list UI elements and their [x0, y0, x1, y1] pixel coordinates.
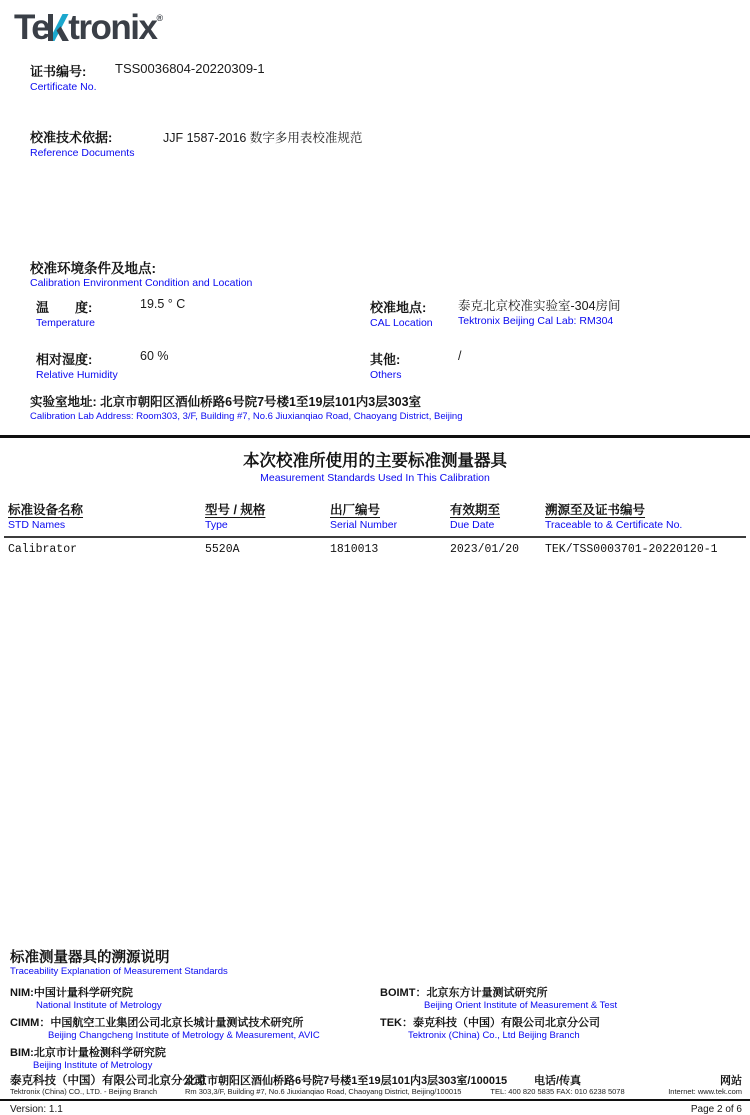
trace-nim-cn: NIM:中国计量科学研究院: [10, 984, 133, 1000]
footer-web-cn: 网站: [720, 1072, 742, 1088]
col-header-type-en: Type: [205, 519, 228, 531]
standards-title-cn: 本次校准所使用的主要标准测量器具: [0, 447, 750, 471]
traceability-title-cn: 标准测量器具的溯源说明: [10, 946, 170, 967]
cal-location-value-en: Tektronix Beijing Cal Lab: RM304: [458, 315, 613, 327]
trace-tek-cn: TEK：泰克科技（中国）有限公司北京分公司: [380, 1014, 600, 1030]
logo-text-tronix: tronix: [68, 8, 156, 47]
row-traceable: TEK/TSS0003701-20220120-1: [545, 543, 718, 556]
certificate-no-label-cn: 证书编号:: [30, 61, 86, 80]
row-serial: 1810013: [330, 543, 378, 556]
row-due-date: 2023/01/20: [450, 543, 519, 556]
certificate-no-label-en: Certificate No.: [30, 81, 97, 93]
col-header-traceable-en: Traceable to & Certificate No.: [545, 519, 682, 531]
col-header-serial-cn: 出厂编号: [330, 500, 380, 518]
tek-k-slash-icon: [48, 14, 69, 41]
temperature-label-cn: 温 度:: [36, 297, 92, 316]
trace-bim-cn: BIM:北京市计量检测科学研究院: [10, 1044, 166, 1060]
footer-address-cn: 北京市朝阳区酒仙桥路6号院7号楼1至19层101内3层303室/100015: [185, 1072, 507, 1088]
lab-address-en: Calibration Lab Address: Room303, 3/F, B…: [30, 411, 463, 422]
col-header-traceable-cn: 溯源至及证书编号: [545, 500, 645, 518]
cal-location-label-en: CAL Location: [370, 317, 433, 329]
col-header-type-cn: 型号 / 规格: [205, 500, 265, 518]
row-type: 5520A: [205, 543, 240, 556]
registered-mark: ®: [156, 13, 163, 23]
trace-nim-en: National Institute of Metrology: [36, 1000, 162, 1011]
certificate-no-value: TSS0036804-20220309-1: [115, 61, 265, 76]
footer-company-en: Tektronix (China) CO., LTD. - Beijing Br…: [10, 1087, 157, 1096]
col-header-due-date-en: Due Date: [450, 519, 494, 531]
reference-docs-value: JJF 1587-2016 数字多用表校准规范: [163, 128, 362, 146]
trace-cimm-cn: CIMM：中国航空工业集团公司北京长城计量测试技术研究所: [10, 1014, 303, 1030]
footer-phone-cn: 电话/传真: [495, 1072, 620, 1088]
row-std-name: Calibrator: [8, 543, 77, 556]
footer-version: Version: 1.1: [10, 1104, 63, 1115]
environment-title-cn: 校准环境条件及地点:: [30, 257, 156, 277]
others-label-cn: 其他:: [370, 349, 400, 368]
footer-address-en: Rm 303,3/F, Building #7, No.6 Jiuxianqia…: [185, 1087, 461, 1096]
humidity-label-en: Relative Humidity: [36, 369, 118, 381]
reference-docs-label-en: Reference Documents: [30, 147, 134, 159]
trace-bim-en: Beijing Institute of Metrology: [33, 1060, 152, 1071]
col-header-std-names-cn: 标准设备名称: [8, 500, 83, 518]
footer-page-number: Page 2 of 6: [691, 1104, 742, 1115]
trace-tek-en: Tektronix (China) Co., Ltd Beijing Branc…: [408, 1030, 580, 1041]
others-label-en: Others: [370, 369, 402, 381]
trace-cimm-en: Beijing Changcheng Institute of Metrolog…: [48, 1030, 320, 1041]
lab-address-cn: 实验室地址: 北京市朝阳区酒仙桥路6号院7号楼1至19层101内3层303室: [30, 392, 421, 410]
standards-title-en: Measurement Standards Used In This Calib…: [0, 472, 750, 484]
temperature-value: 19.5 ° C: [140, 297, 185, 311]
temperature-label-en: Temperature: [36, 317, 95, 329]
footer-web-en: Internet: www.tek.com: [668, 1087, 742, 1096]
reference-docs-label-cn: 校准技术依据:: [30, 127, 112, 146]
col-header-serial-en: Serial Number: [330, 519, 397, 531]
col-header-std-names-en: STD Names: [8, 519, 65, 531]
others-value: /: [458, 349, 461, 363]
section-divider: [0, 435, 750, 438]
environment-title-en: Calibration Environment Condition and Lo…: [30, 277, 252, 289]
cal-location-label-cn: 校准地点:: [370, 297, 426, 316]
footer-company-cn: 泰克科技（中国）有限公司北京分公司: [10, 1072, 206, 1088]
traceability-title-en: Traceability Explanation of Measurement …: [10, 966, 228, 977]
cal-location-value-cn: 泰克北京校准实验室-304房间: [458, 296, 621, 314]
trace-boimt-en: Beijing Orient Institute of Measurement …: [424, 1000, 617, 1011]
humidity-label-cn: 相对湿度:: [36, 349, 92, 368]
table-header-rule: [4, 536, 746, 538]
footer-divider: [0, 1099, 750, 1101]
logo-text-te: Te: [14, 8, 49, 47]
calibration-certificate-page: Tetronix® 证书编号: TSS0036804-20220309-1 Ce…: [0, 0, 750, 1115]
tektronix-logo: Tetronix®: [14, 8, 163, 50]
col-header-due-date-cn: 有效期至: [450, 500, 500, 518]
trace-boimt-cn: BOIMT：北京东方计量测试研究所: [380, 984, 547, 1000]
humidity-value: 60 %: [140, 349, 169, 363]
footer-phone-en: TEL: 400 820 5835 FAX: 010 6238 5078: [470, 1087, 645, 1096]
